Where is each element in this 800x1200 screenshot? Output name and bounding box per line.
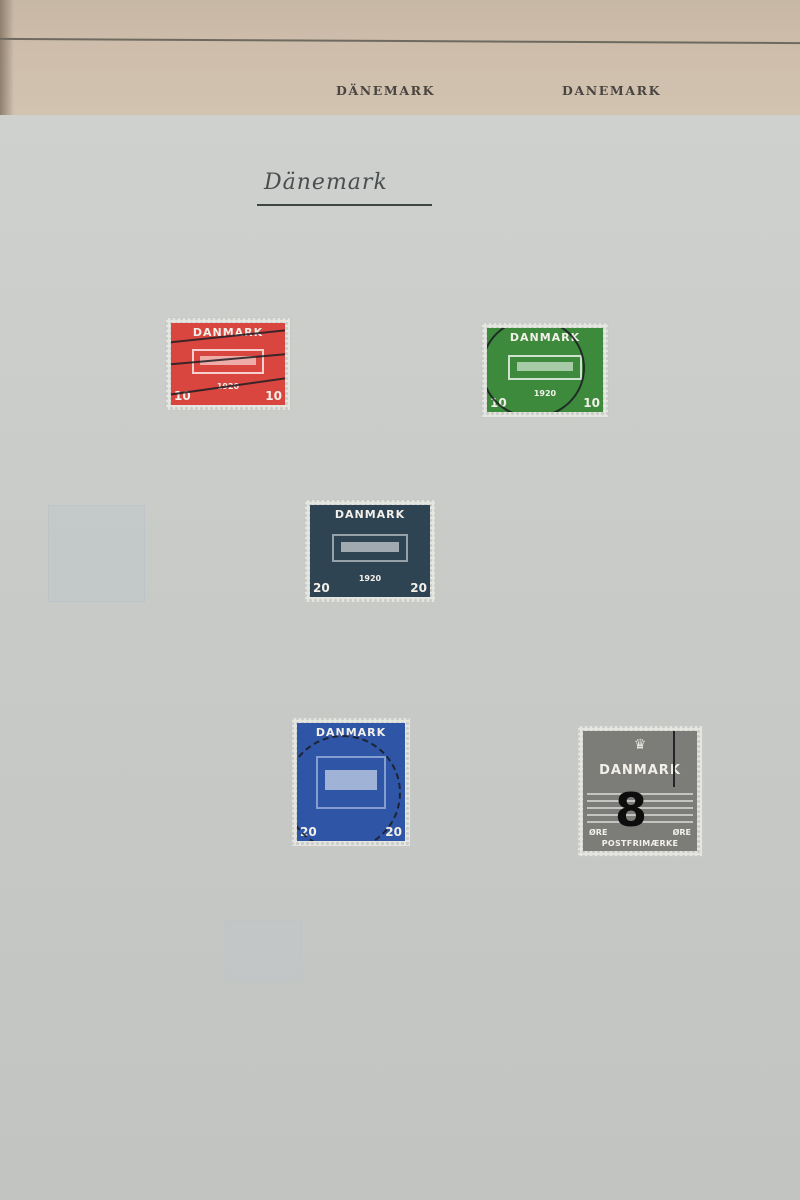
ghost-stamp-outline xyxy=(225,920,302,982)
stamp-footer: POSTFRIMÆRKE xyxy=(583,839,697,848)
ghost-stamp-outline xyxy=(48,505,145,602)
denomination-left: ØRE xyxy=(589,828,607,837)
postmark-circle xyxy=(297,735,401,841)
cancellation-line xyxy=(673,731,675,787)
stamp-country: DANMARK xyxy=(583,763,697,778)
album-header-strip: DÄNEMARK DANEMARK xyxy=(0,0,800,115)
stamp-value: 20 xyxy=(313,581,330,595)
handwritten-title: Dänemark xyxy=(264,170,388,195)
castle-illustration xyxy=(332,534,409,562)
header-caption-french: DANEMARK xyxy=(562,83,661,98)
page-edge-shadow xyxy=(0,0,14,115)
album-page xyxy=(0,115,800,1200)
header-caption-german: DÄNEMARK xyxy=(336,83,435,98)
stamp-value: 10 xyxy=(583,396,600,410)
stamp-blue-20[interactable]: DANMARK 20 20 xyxy=(292,718,410,846)
header-rule-line xyxy=(0,38,800,44)
postmark-circle xyxy=(487,328,585,412)
stamp-value: 20 xyxy=(410,581,427,595)
stamp-green-10[interactable]: DANMARK 1920 10 10 xyxy=(482,323,608,417)
stamp-grey-8-ore[interactable]: ♛ DANMARK 8 ØRE ØRE POSTFRIMÆRKE xyxy=(578,726,702,856)
stamp-country: DANMARK xyxy=(310,508,430,521)
denomination-right: ØRE xyxy=(673,828,691,837)
stamp-value: 10 xyxy=(265,389,282,403)
stamp-slate-20[interactable]: DANMARK 1920 20 20 xyxy=(305,500,435,602)
overprint-value: 8 xyxy=(615,783,647,837)
crown-icon: ♛ xyxy=(634,737,647,753)
handwritten-underline xyxy=(257,204,432,206)
stamp-red-10[interactable]: DANMARK 1920 10 10 xyxy=(166,318,290,410)
